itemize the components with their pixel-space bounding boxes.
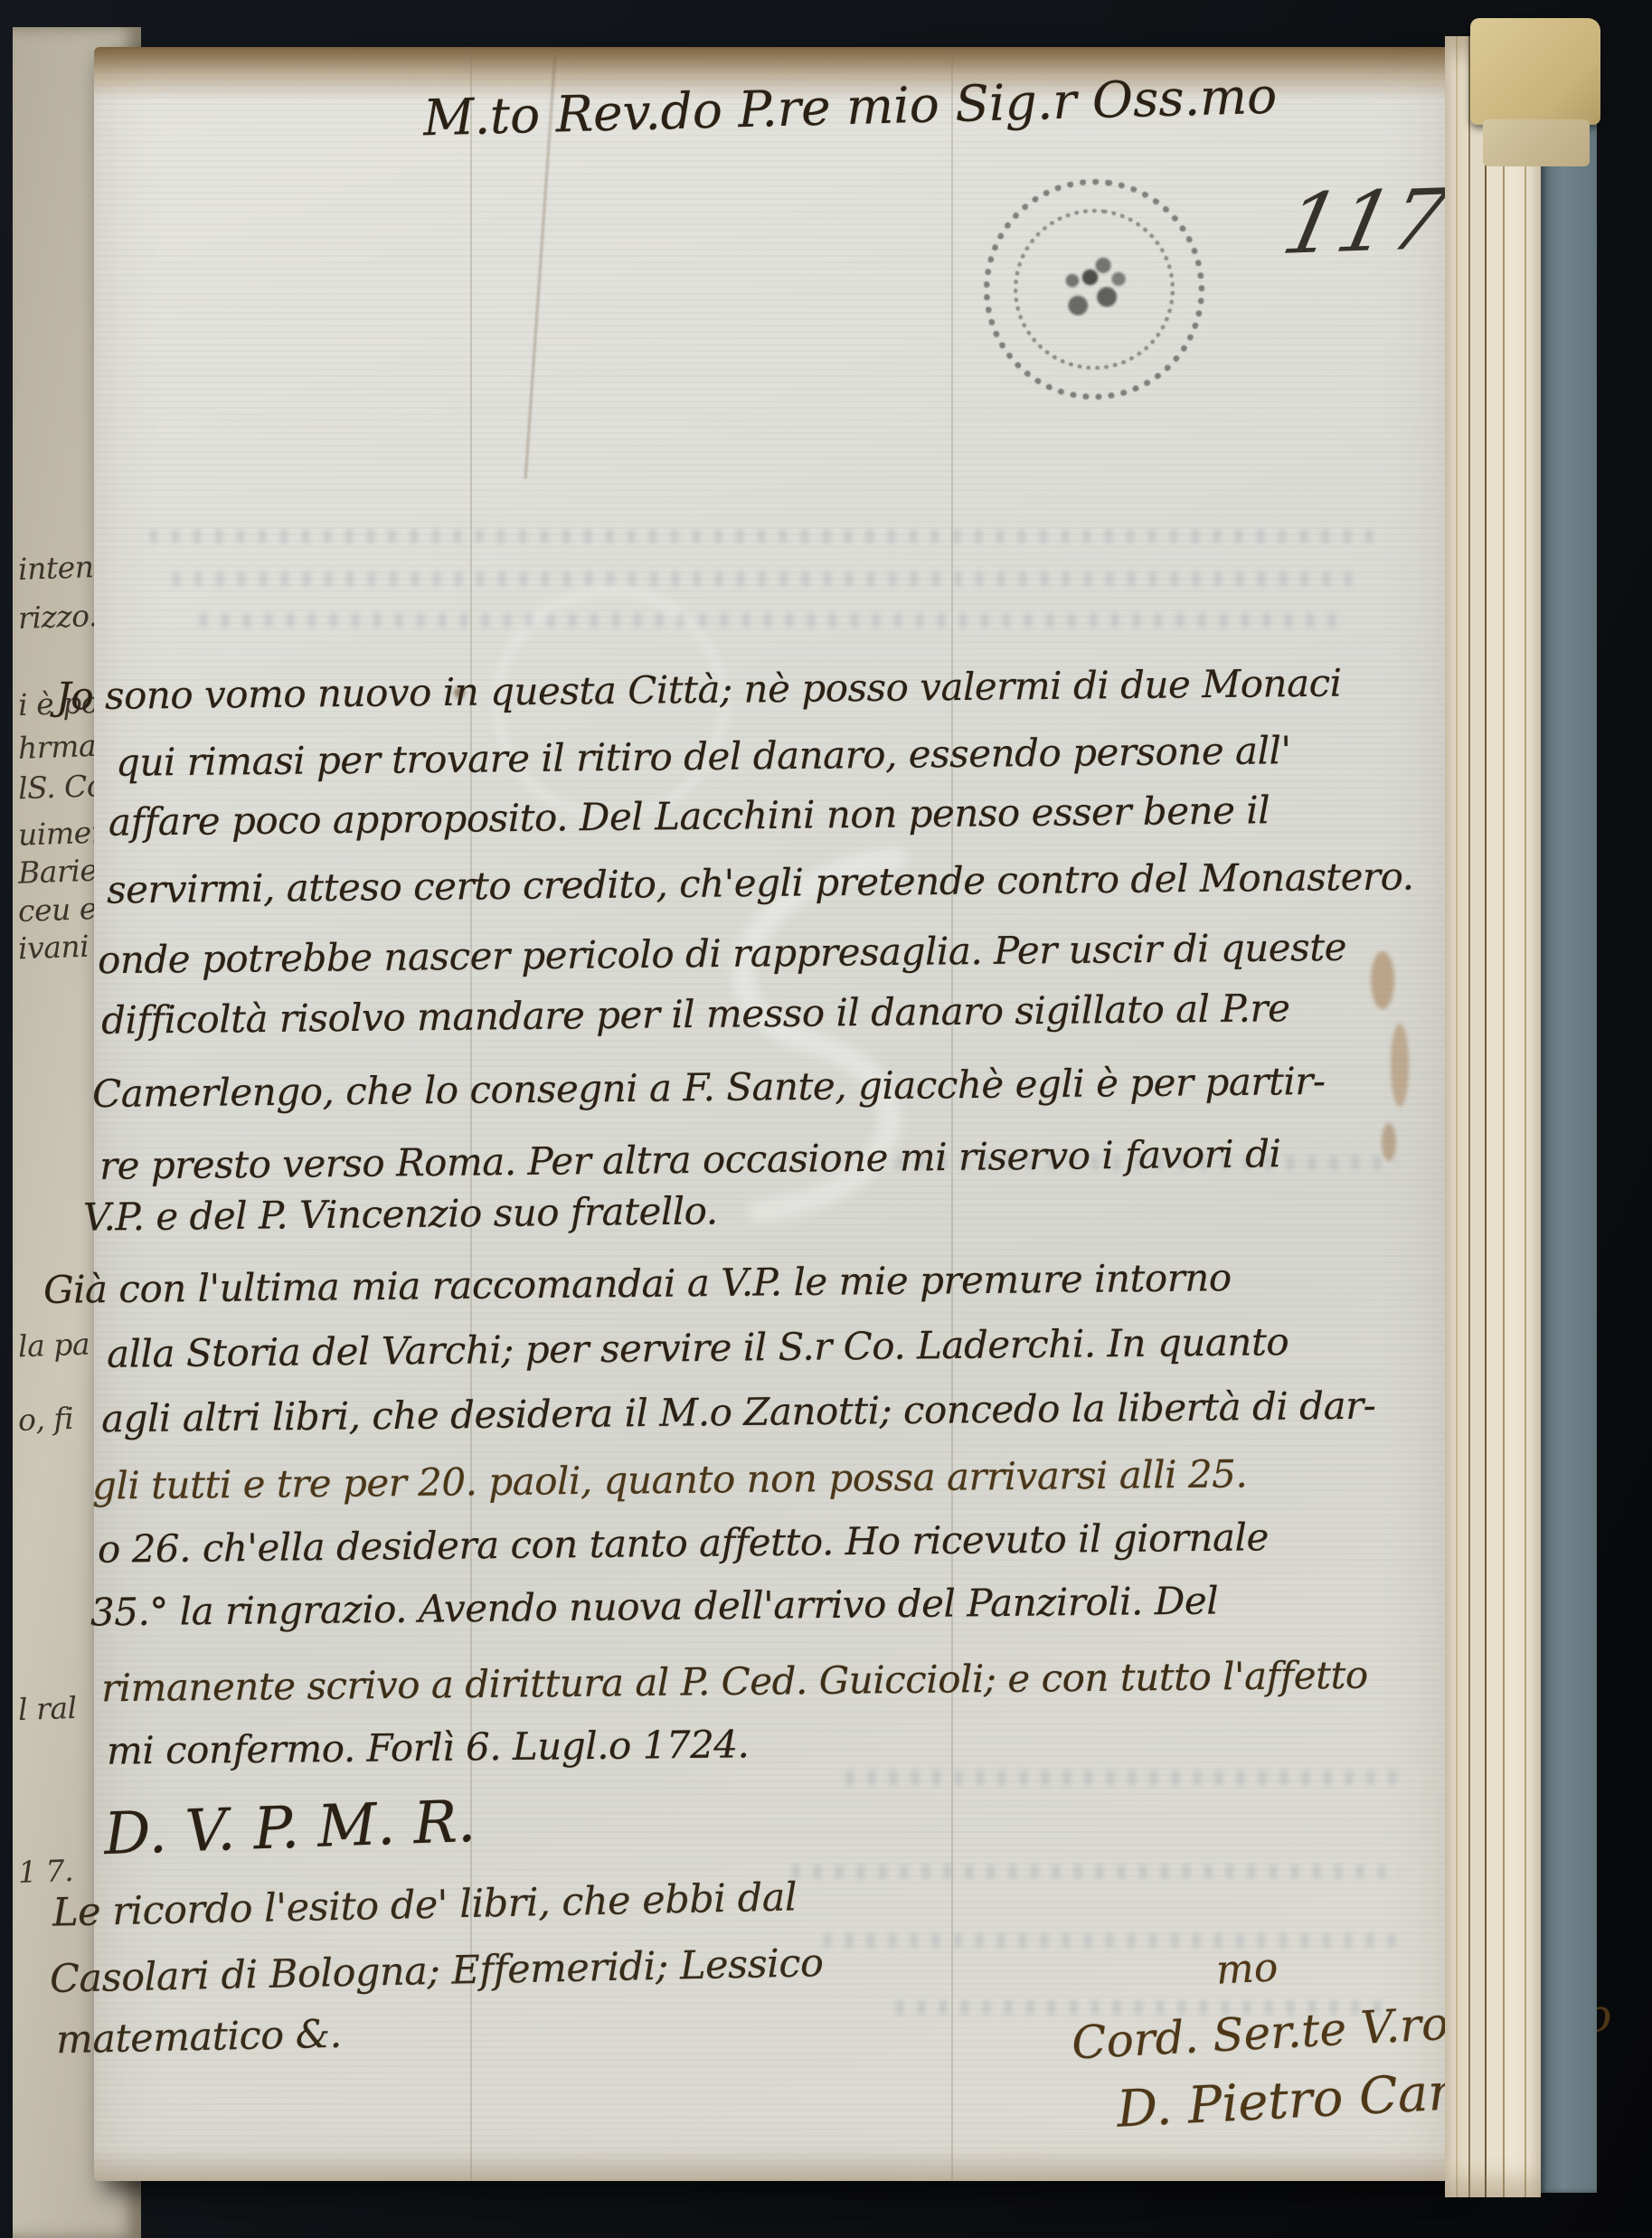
folio-number: 117 <box>1275 171 1456 273</box>
ghost-text-line <box>818 1933 1397 1948</box>
stain-blotch <box>1391 1024 1409 1107</box>
ghost-text-line <box>167 571 1361 586</box>
ghost-text-line <box>787 1865 1402 1879</box>
postscript-line: matematico &. <box>56 2012 343 2063</box>
page-edge-stack <box>1445 36 1541 2197</box>
book-cover-edge <box>1541 50 1597 2193</box>
ghost-text-line <box>841 1771 1402 1785</box>
corner-parchment-tab <box>1470 18 1600 125</box>
ghost-text-line <box>194 613 1343 628</box>
deckle-stain-bottom <box>94 2150 1449 2181</box>
body-line: V.P. e del P. Vincenzio suo fratello. <box>83 1188 718 1239</box>
manuscript-photo: intenta rizzo. h i è pota hrmar. lS. Con… <box>0 0 1652 2238</box>
closing-formula: D. V. P. M. R. <box>103 1789 477 1868</box>
corner-parchment-tab-small <box>1483 119 1590 166</box>
stain-blotch <box>1371 951 1394 1009</box>
ghost-text-line <box>145 529 1383 543</box>
body-line: mi confermo. Forlì 6. Lugl.o 1724. <box>107 1722 750 1772</box>
signature-flourish: mo <box>1215 1944 1279 1994</box>
margin-fragment: l ral <box>17 1690 77 1727</box>
margin-fragment: o, fi <box>17 1401 73 1438</box>
fold-line <box>470 47 472 2181</box>
margin-fragment: ivani <box>17 929 90 967</box>
margin-fragment: 1 7. <box>17 1853 73 1890</box>
margin-fragment: la pa <box>17 1327 90 1365</box>
